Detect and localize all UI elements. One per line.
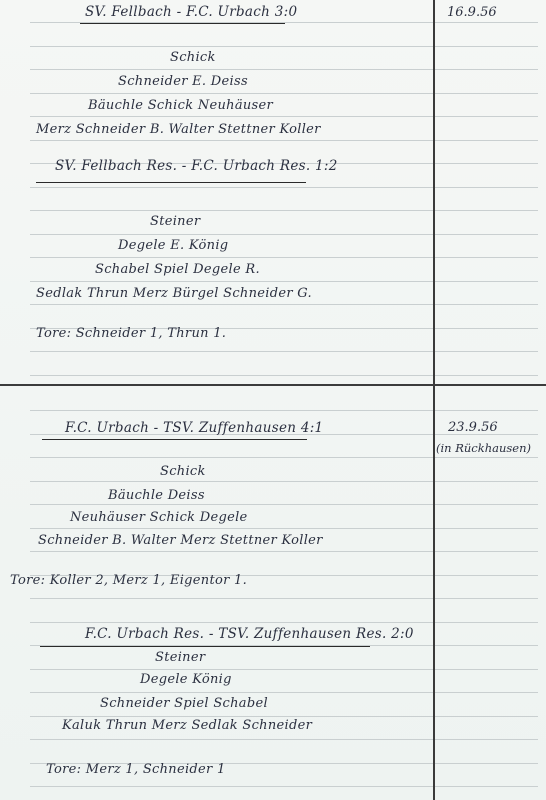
ruled-line [30, 551, 538, 552]
ruled-line [30, 739, 538, 740]
lineup-line: Schneider B. Walter Merz Stettner Koller [38, 533, 323, 548]
ruled-line [30, 598, 538, 599]
ruled-line [30, 257, 538, 258]
lineup-line: Bäuchle Schick Neuhäuser [88, 98, 273, 113]
ruled-line [30, 481, 538, 482]
ruled-line [30, 351, 538, 352]
lineup-line: Degele E. König [118, 238, 228, 253]
ruled-line [30, 116, 538, 117]
ruled-line [30, 528, 538, 529]
match-title: F.C. Urbach Res. - TSV. Zuffenhausen Res… [85, 626, 414, 642]
lineup-line: Kaluk Thrun Merz Sedlak Schneider [62, 718, 312, 733]
lineup-line: Sedlak Thrun Merz Bürgel Schneider G. [36, 286, 312, 301]
title-underline [36, 182, 306, 183]
match-title: SV. Fellbach - F.C. Urbach 3:0 [85, 4, 297, 20]
lineup-line: Schneider Spiel Schabel [100, 696, 268, 711]
ruled-line [30, 786, 538, 787]
ruled-line [30, 692, 538, 693]
date-column-divider [433, 0, 435, 800]
notebook-page: SV. Fellbach - F.C. Urbach 3:0 16.9.56 S… [0, 0, 546, 800]
ruled-line [30, 93, 538, 94]
ruled-line [30, 304, 538, 305]
lineup-line: Schick [160, 464, 206, 479]
ruled-line [30, 281, 538, 282]
title-underline [40, 646, 370, 647]
lineup-line: Schneider E. Deiss [118, 74, 248, 89]
title-underline [42, 439, 307, 440]
lineup-line: Schick [170, 50, 216, 65]
ruled-line [30, 140, 538, 141]
ruled-line [30, 69, 538, 70]
ruled-line [30, 622, 538, 623]
title-underline [80, 23, 285, 24]
scorers-line: Tore: Merz 1, Schneider 1 [46, 762, 226, 777]
lineup-line: Steiner [150, 214, 200, 229]
ruled-line [30, 187, 538, 188]
ruled-line [30, 410, 538, 411]
lineup-line: Steiner [155, 650, 205, 665]
match-date: 23.9.56 [448, 420, 498, 435]
ruled-line [30, 375, 538, 376]
lineup-line: Neuhäuser Schick Degele [70, 510, 248, 525]
match-venue-note: (in Rückhausen) [436, 441, 531, 455]
match-title: SV. Fellbach Res. - F.C. Urbach Res. 1:2 [55, 158, 338, 174]
section-separator [0, 384, 546, 386]
ruled-line [30, 504, 538, 505]
ruled-line [30, 457, 538, 458]
lineup-line: Degele König [140, 672, 232, 687]
match-date: 16.9.56 [447, 5, 497, 20]
lineup-line: Bäuchle Deiss [108, 488, 205, 503]
ruled-line [30, 716, 538, 717]
lineup-line: Schabel Spiel Degele R. [95, 262, 260, 277]
lineup-line: Merz Schneider B. Walter Stettner Koller [36, 122, 321, 137]
ruled-line [30, 46, 538, 47]
ruled-line [30, 234, 538, 235]
scorers-line: Tore: Schneider 1, Thrun 1. [36, 326, 226, 341]
match-title: F.C. Urbach - TSV. Zuffenhausen 4:1 [65, 420, 323, 436]
scorers-line: Tore: Koller 2, Merz 1, Eigentor 1. [10, 573, 247, 588]
ruled-line [30, 210, 538, 211]
ruled-line [30, 669, 538, 670]
